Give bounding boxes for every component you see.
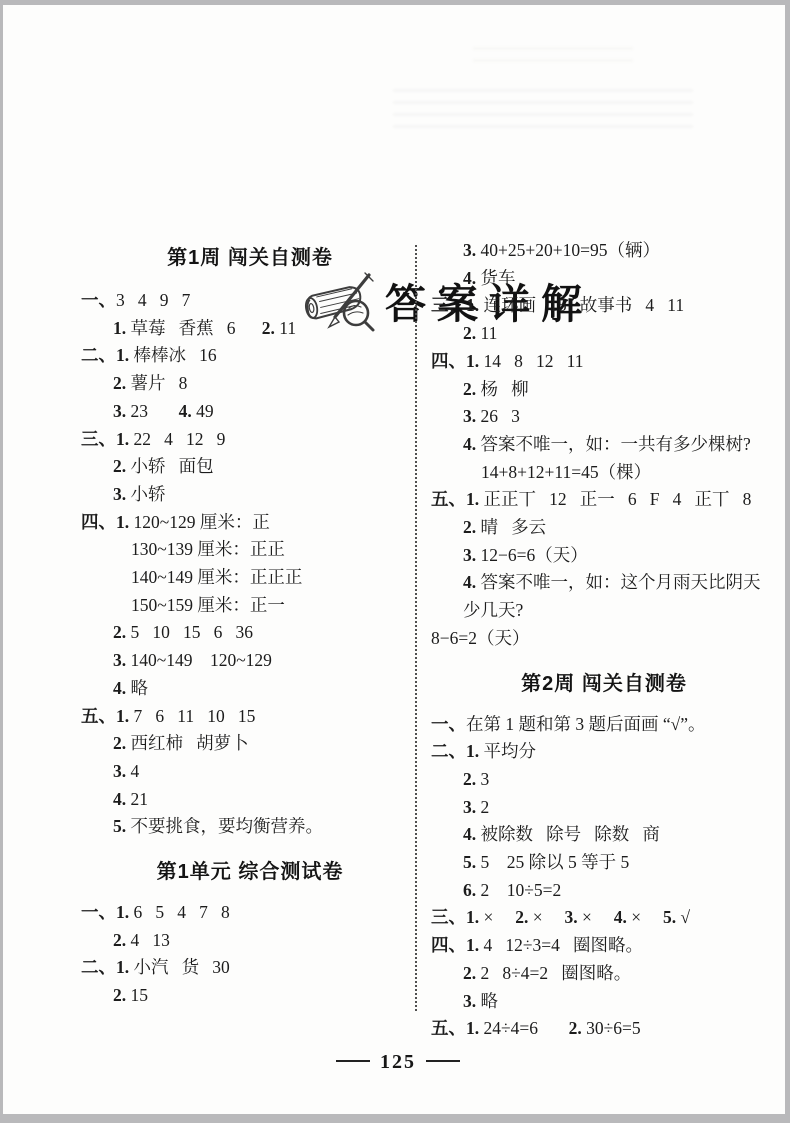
item-number: 五、1. [431,1018,484,1038]
answer-text: 15 [131,985,149,1005]
item-number: 三、1. [81,429,134,449]
answer-line: 四、1. 4 12÷3=4 圈图略。 [431,932,777,960]
page-showthrough [393,87,693,137]
answer-text: 8−6=2（天） [431,628,530,648]
item-number: 3. [113,401,131,421]
item-number: 四、1. [431,351,484,371]
answer-line: 五、1. 正正丅 12 正一 6 F 4 正丅 8 [431,486,777,514]
answer-text: 24÷4=6 [484,1018,569,1038]
item-number: 5. [463,852,481,872]
answer-text: 薯片 8 [131,373,188,393]
answer-line: 一、1. 6 5 4 7 8 [81,899,419,927]
answer-text: 21 [131,789,149,809]
item-number: 4. [463,824,481,844]
answer-line: 3. 小轿 [81,481,419,509]
item-number: 2. [262,318,280,338]
item-number: 二、1. [431,741,484,761]
page-showthrough [473,45,633,71]
item-number: 6. [463,880,481,900]
item-number: 一、 [431,714,466,734]
answer-text: 连环画 15 故事书 4 11 [484,295,685,315]
answer-text: 11 [481,323,498,343]
answer-line: 8−6=2（天） [431,625,777,653]
answer-line: 3. 略 [431,988,777,1016]
answer-line: 3. 140~149 120~129 [81,647,419,675]
item-number: 3. [463,991,481,1011]
answer-text: 被除数 除号 除数 商 [481,824,660,844]
answer-line: 4. 略 [81,675,419,703]
answer-text: 130~139 厘米：正正 [131,539,285,559]
answer-line: 2. 5 10 15 6 36 [81,619,419,647]
answer-text: 30÷6=5 [586,1018,640,1038]
answer-text: 14+8+12+11=45（棵） [481,462,651,482]
answer-text: 草莓 香蕉 6 [131,318,262,338]
answer-line: 2. 薯片 8 [81,370,419,398]
item-number: 4. [463,434,481,454]
item-number: 三、1. [431,907,484,927]
scanned-answer-page: 答案详解 第1周 闯关自测卷一、3 4 9 71. 草莓 香蕉 6 2. 11二… [3,5,785,1114]
answer-line: 130~139 厘米：正正 [81,536,419,564]
item-number: 2. [463,379,481,399]
answer-text: 26 3 [481,406,520,426]
answer-line: 三、1. 22 4 12 9 [81,426,419,454]
answer-text: 答案不唯一，如：一共有多少棵树? [481,434,751,454]
answer-text: × [484,907,516,927]
footer-dash [426,1060,460,1062]
answers-column-right: 3. 40+25+20+10=95（辆）4. 货车三、1. 连环画 15 故事书… [431,237,777,1043]
answer-text: 正正丅 12 正一 6 F 4 正丅 8 [484,489,752,509]
masthead: 答案详解 [3,135,790,215]
answer-line: 五、1. 24÷4=6 2. 30÷6=5 [431,1015,777,1043]
item-number: 2. [113,456,131,476]
answer-line: 一、在第 1 题和第 3 题后面画 “√”。 [431,711,777,739]
answer-line: 三、1. 连环画 15 故事书 4 11 [431,292,777,320]
answer-line: 2. 2 8÷4=2 圈图略。 [431,960,777,988]
answer-text: 略 [481,991,499,1011]
answer-line: 二、1. 小汽 货 30 [81,954,419,982]
answer-line: 2. 西红柿 胡萝卜 [81,730,419,758]
answer-line: 3. 26 3 [431,403,777,431]
answer-line: 3. 12−6=6（天） [431,542,777,570]
answer-text: 140~149 120~129 [131,650,272,670]
answer-line: 二、1. 平均分 [431,738,777,766]
answer-text: 6 5 4 7 8 [134,902,230,922]
answer-line: 2. 3 [431,766,777,794]
item-number: 2. [113,733,131,753]
answer-line: 三、1. × 2. × 3. × 4. × 5. √ [431,904,777,932]
answer-text: 小轿 面包 [131,456,214,476]
item-number: 4. [179,401,197,421]
answer-line: 4. 货车 [431,265,777,293]
answer-text: 11 [279,318,296,338]
item-number: 4. [113,789,131,809]
item-number: 四、1. [431,935,484,955]
answer-text: × [631,907,663,927]
answer-text: 5 25 除以 5 等于 5 [481,852,630,872]
item-number: 一、 [81,290,116,310]
item-number: 4. [614,907,632,927]
item-number: 2. [113,622,131,642]
answer-line: 3. 2 [431,794,777,822]
answer-line: 1. 草莓 香蕉 6 2. 11 [81,315,419,343]
item-number: 2. [515,907,533,927]
answer-line: 4. 被除数 除号 除数 商 [431,821,777,849]
answer-text: 2 8÷4=2 圈图略。 [481,963,632,983]
item-number: 五、1. [431,489,484,509]
answer-text: 150~159 厘米：正一 [131,595,285,615]
answer-line: 2. 晴 多云 [431,514,777,542]
answer-text: 2 10÷5=2 [481,880,562,900]
item-number: 2. [113,373,131,393]
answer-text: 7 6 11 10 15 [134,706,256,726]
item-number: 3. [565,907,583,927]
answer-line: 2. 4 13 [81,927,419,955]
answer-line: 140~149 厘米：正正正 [81,564,419,592]
item-number: 2. [569,1018,587,1038]
answer-text: 23 [131,401,179,421]
section-heading: 第2周 闯关自测卷 [431,669,777,699]
answer-line: 五、1. 7 6 11 10 15 [81,703,419,731]
item-number: 2. [463,323,481,343]
item-number: 3. [113,484,131,504]
answer-text: 12−6=6（天） [481,545,588,565]
item-number: 2. [463,769,481,789]
section-heading: 第1单元 综合测试卷 [81,857,419,887]
answer-text: × [533,907,565,927]
answer-line: 6. 2 10÷5=2 [431,877,777,905]
item-number: 1. [113,318,131,338]
section-heading: 第1周 闯关自测卷 [81,243,419,273]
answer-text: 49 [196,401,214,421]
item-number: 2. [463,963,481,983]
answer-line: 3. 23 4. 49 [81,398,419,426]
answer-line: 4. 答案不唯一，如：这个月雨天比阴天少几天? [431,569,777,624]
answer-text: 晴 多云 [481,517,547,537]
answer-text: 货车 [481,268,516,288]
answer-line: 2. 15 [81,982,419,1010]
answer-text: 杨 柳 [481,379,529,399]
item-number: 3. [463,240,481,260]
answer-text: 西红柿 胡萝卜 [131,733,249,753]
item-number: 5. [113,816,131,836]
answer-line: 3. 4 [81,758,419,786]
answer-text: 平均分 [484,741,537,761]
item-number: 3. [463,406,481,426]
item-number: 4. [463,572,481,592]
answer-text: 小轿 [131,484,166,504]
answer-text: 4 12÷3=4 圈图略。 [484,935,643,955]
item-number: 二、1. [81,345,134,365]
item-number: 5. [663,907,681,927]
item-number: 2. [113,930,131,950]
page-number: 125 [380,1051,416,1073]
answer-text: 14 8 12 11 [484,351,584,371]
item-number: 4. [113,678,131,698]
item-number: 3. [463,797,481,817]
item-number: 2. [113,985,131,1005]
answers-column-left: 第1周 闯关自测卷一、3 4 9 71. 草莓 香蕉 6 2. 11二、1. 棒… [81,243,419,1010]
answer-text: √ [681,907,691,927]
answer-line: 四、1. 14 8 12 11 [431,348,777,376]
answer-text: 答案不唯一，如：这个月雨天比阴天少几天? [463,572,761,620]
item-number: 五、1. [81,706,134,726]
answer-line: 2. 小轿 面包 [81,453,419,481]
answer-text: 3 [481,769,490,789]
answer-text: 不要挑食，要均衡营养。 [131,816,324,836]
item-number: 4. [463,268,481,288]
answer-text: 140~149 厘米：正正正 [131,567,302,587]
item-number: 二、1. [81,957,134,977]
answer-line: 4. 答案不唯一，如：一共有多少棵树? [431,431,777,459]
answer-text: 40+25+20+10=95（辆） [481,240,660,260]
answer-line: 5. 5 25 除以 5 等于 5 [431,849,777,877]
answer-line: 4. 21 [81,786,419,814]
answer-text: 120~129 厘米：正 [134,512,270,532]
item-number: 3. [113,761,131,781]
item-number: 四、1. [81,512,134,532]
item-number: 2. [463,517,481,537]
answer-text: 22 4 12 9 [134,429,226,449]
answer-text: 棒棒冰 16 [134,345,217,365]
item-number: 3. [463,545,481,565]
item-number: 三、1. [431,295,484,315]
answer-text: 小汽 货 30 [134,957,230,977]
answer-line: 二、1. 棒棒冰 16 [81,342,419,370]
answer-line: 5. 不要挑食，要均衡营养。 [81,813,419,841]
answer-line: 一、3 4 9 7 [81,287,419,315]
answer-text: 4 [131,761,140,781]
answer-text: 在第 1 题和第 3 题后面画 “√”。 [466,714,706,734]
answer-line: 2. 11 [431,320,777,348]
answer-text: 5 10 15 6 36 [131,622,254,642]
answer-line: 四、1. 120~129 厘米：正 [81,509,419,537]
answer-line: 3. 40+25+20+10=95（辆） [431,237,777,265]
answer-text: 略 [131,678,149,698]
footer-dash [336,1060,370,1062]
page-footer: 125 [3,1051,790,1074]
item-number: 一、1. [81,902,134,922]
answer-text: 2 [481,797,490,817]
answer-text: 4 13 [131,930,170,950]
answer-text: 3 4 9 7 [116,290,190,310]
answer-text: × [582,907,614,927]
answer-line: 2. 杨 柳 [431,376,777,404]
answer-line: 150~159 厘米：正一 [81,592,419,620]
item-number: 3. [113,650,131,670]
answer-line: 14+8+12+11=45（棵） [431,459,777,487]
